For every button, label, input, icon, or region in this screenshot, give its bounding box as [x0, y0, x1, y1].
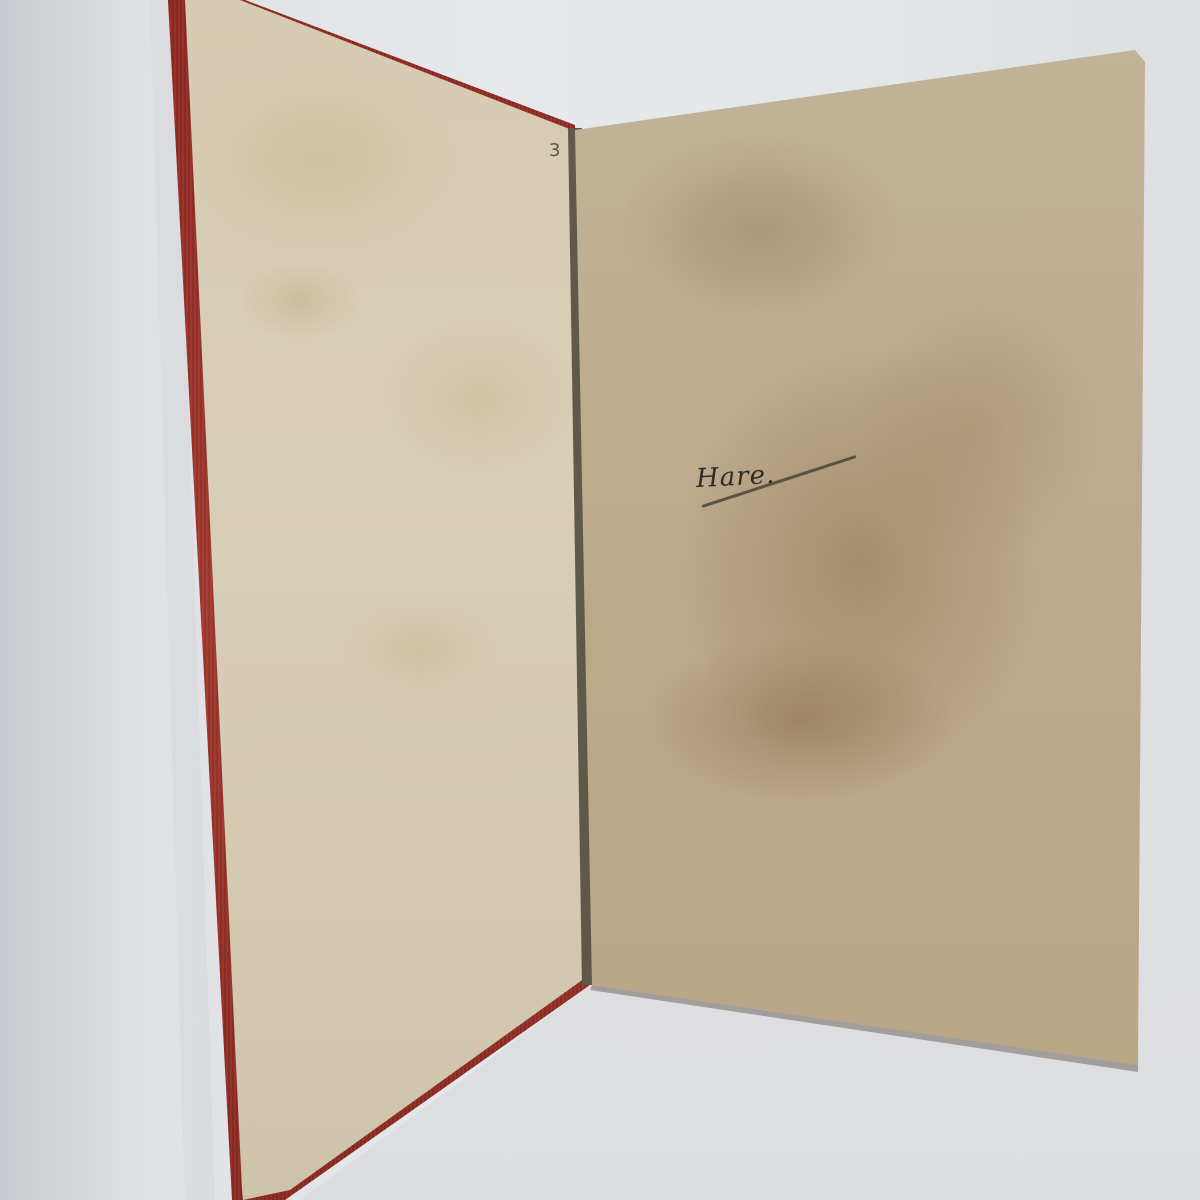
pencil-mark: 3	[549, 140, 560, 161]
handwritten-inscription: Hare.	[695, 460, 776, 494]
book-photo: 3 Hare.	[0, 0, 1200, 1200]
